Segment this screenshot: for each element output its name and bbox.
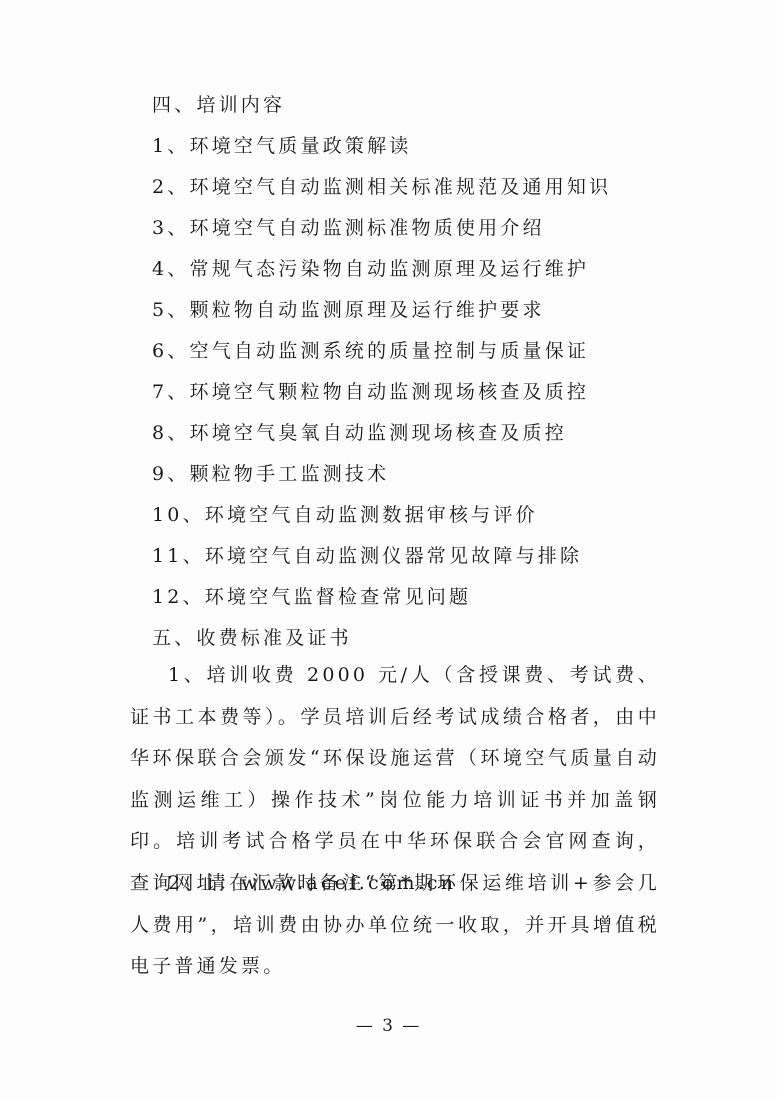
section-heading-training-content: 四、培训内容 [152, 93, 285, 117]
list-item: 11、环境空气自动监测仪器常见故障与排除 [152, 544, 582, 568]
list-item: 1、环境空气质量政策解读 [152, 134, 412, 158]
list-item: 8、环境空气臭氧自动监测现场核查及质控 [152, 421, 567, 445]
list-item: 12、环境空气监督检查常见问题 [152, 585, 471, 609]
list-item: 9、颗粒物手工监测技术 [152, 462, 389, 486]
list-item: 3、环境空气自动监测标准物质使用介绍 [152, 216, 545, 240]
list-item: 2、环境空气自动监测相关标准规范及通用知识 [152, 175, 611, 199]
section-heading-fees-certificate: 五、收费标准及证书 [152, 626, 352, 650]
list-item: 6、空气自动监测系统的质量控制与质量保证 [152, 339, 589, 363]
list-item: 5、颗粒物自动监测原理及运行维护要求 [152, 298, 545, 322]
list-item: 7、环境空气颗粒物自动监测现场核查及质控 [152, 380, 589, 404]
document-page: 四、培训内容 1、环境空气质量政策解读 2、环境空气自动监测相关标准规范及通用知… [0, 0, 777, 1100]
page-number: — 3 — [0, 1016, 777, 1036]
list-item: 10、环境空气自动监测数据审核与评价 [152, 503, 538, 527]
list-item: 4、常规气态污染物自动监测原理及运行维护 [152, 257, 589, 281]
remittance-paragraph: 2、请在汇款时备注“第*期环保运维培训+参会几人费用”，培训费由协办单位统一收取… [130, 863, 660, 988]
